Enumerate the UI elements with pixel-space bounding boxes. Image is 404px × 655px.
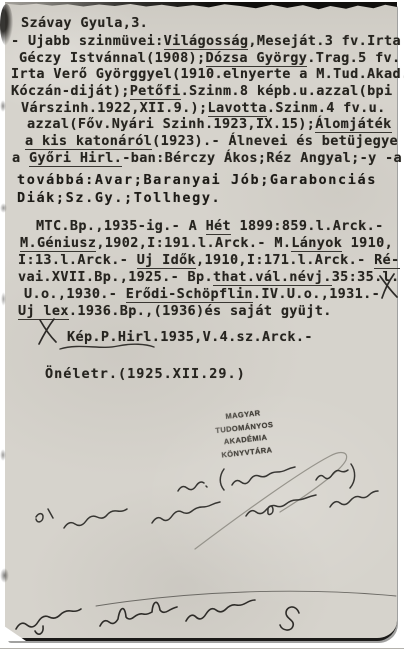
x-mark-bibliography [380, 274, 397, 298]
handwritten-marks [0, 0, 404, 655]
scanned-card: Szávay Gyula,3.- Ujabb szinmüvei:Világos… [0, 0, 404, 655]
handwritten-note-inverted-2 [36, 491, 378, 528]
hand-underline [60, 344, 154, 349]
handwritten-note-bottom [16, 600, 299, 634]
pencil-slash [195, 453, 347, 549]
handwritten-note-inverted-1 [178, 464, 355, 491]
scanner-edge-line [0, 648, 404, 649]
x-mark-kep [39, 319, 56, 344]
